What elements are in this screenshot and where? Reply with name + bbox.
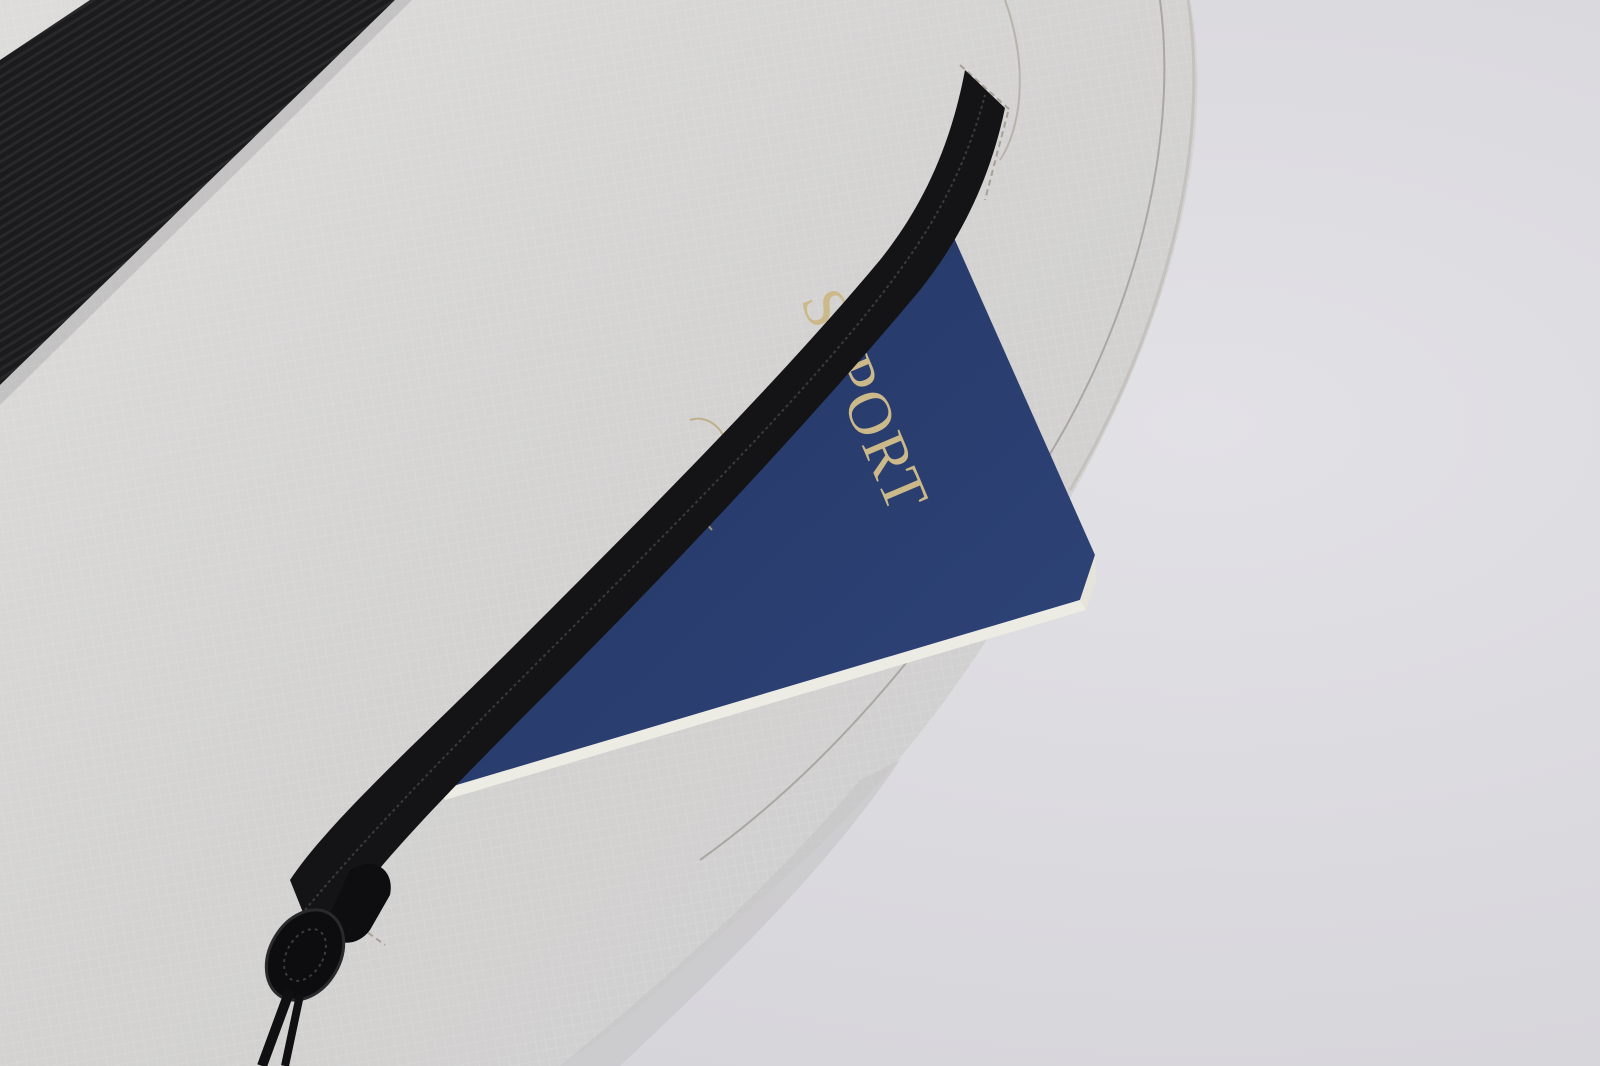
- photo-scene: SSPORT: [0, 0, 1600, 1066]
- photo-illustration: SSPORT: [0, 0, 1600, 1066]
